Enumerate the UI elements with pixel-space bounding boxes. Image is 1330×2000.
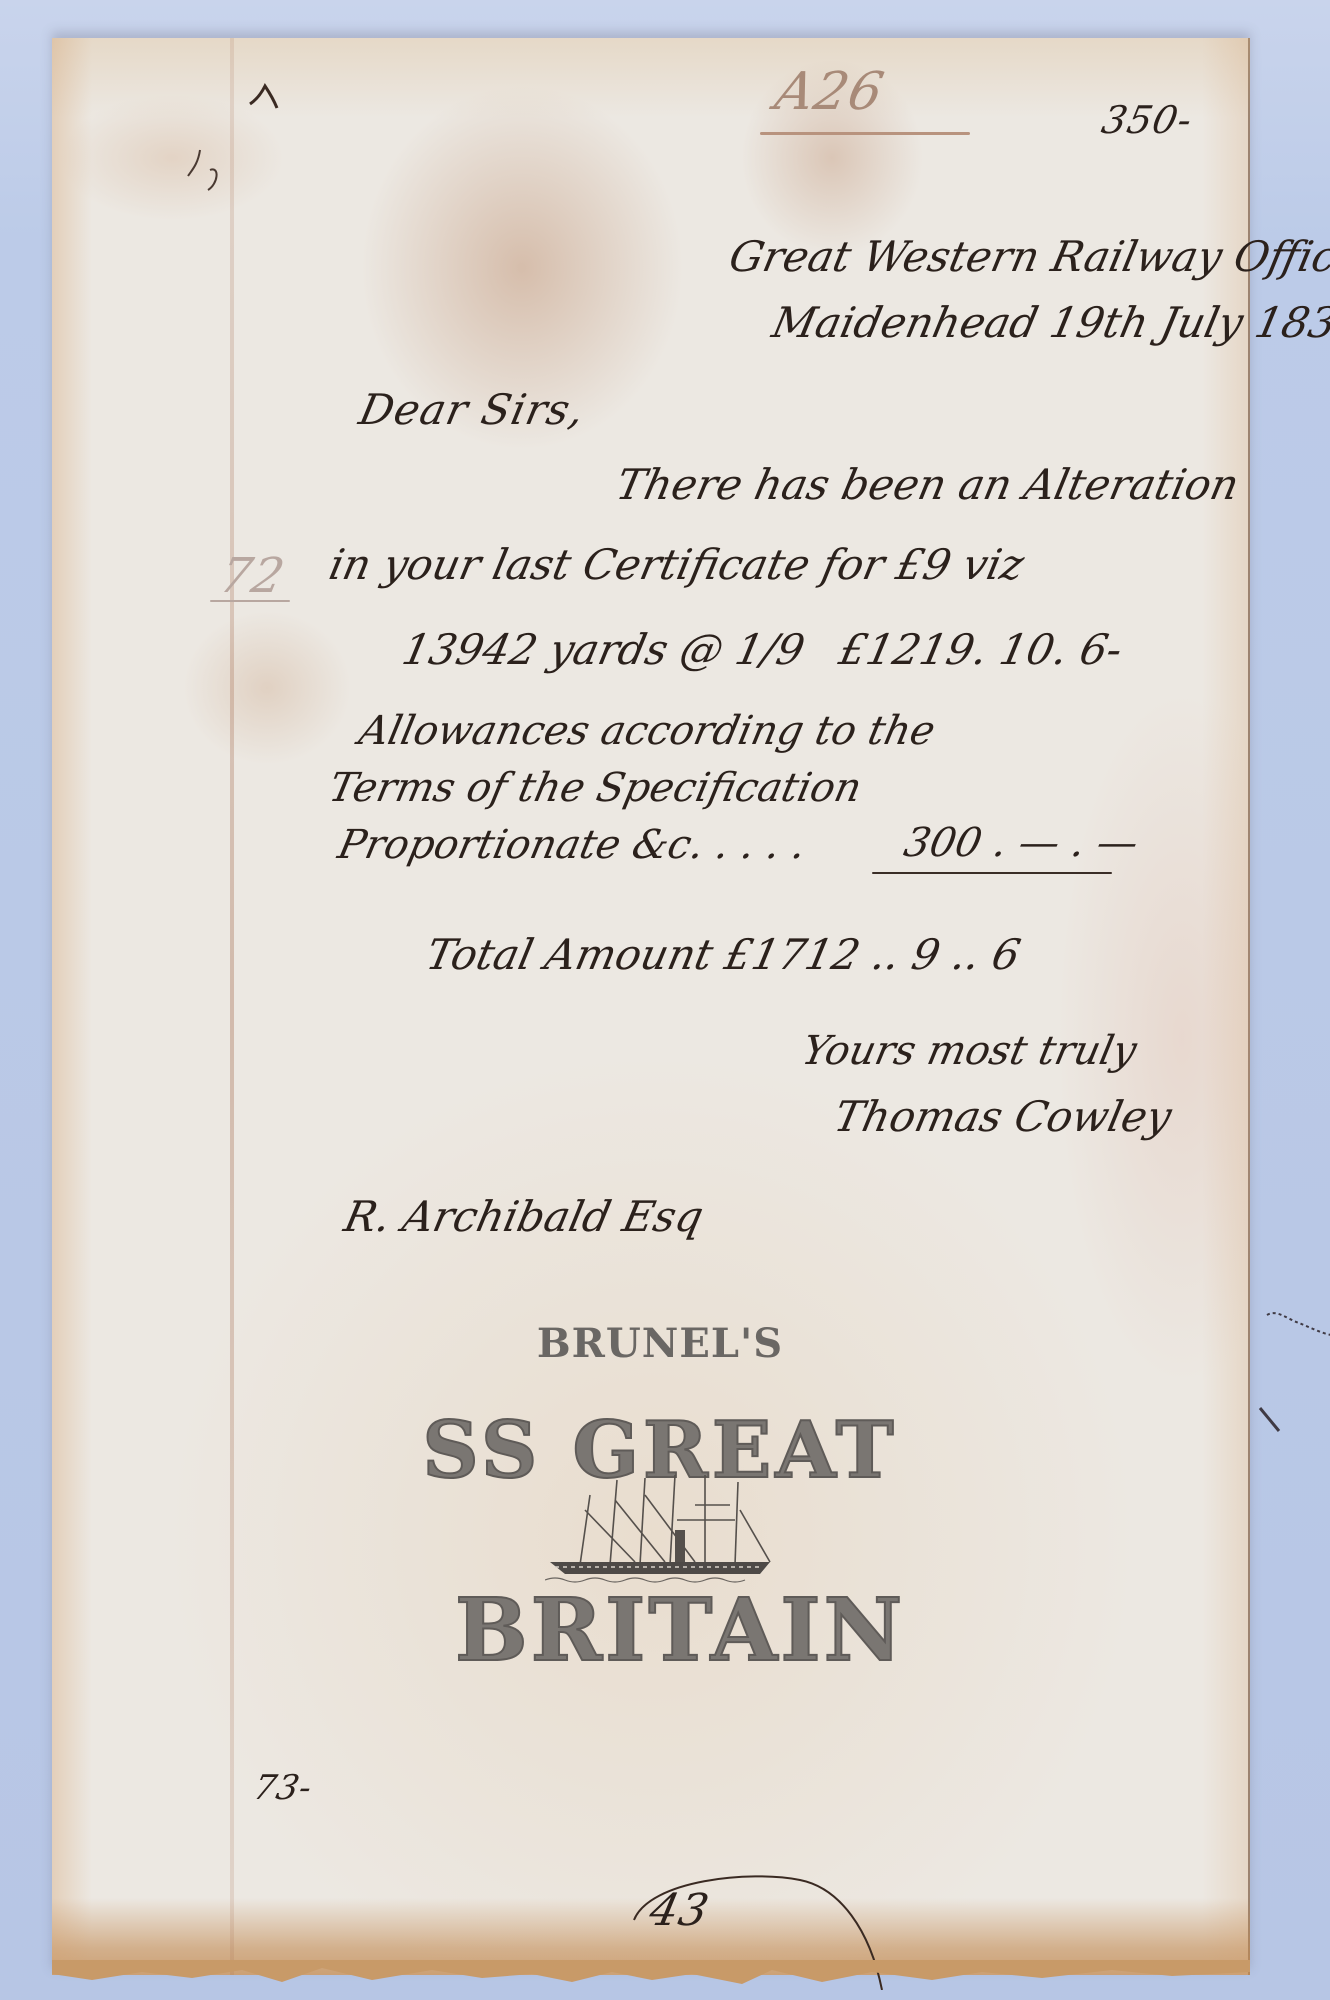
body-line-3-amount: £1219. 10. 6- — [835, 625, 1127, 674]
letter-place: Great Western Railway Office — [725, 232, 1330, 281]
body-line-2: in your last Certificate for £9 viz — [325, 540, 1028, 589]
margin-pencil-number: 72 — [215, 548, 290, 604]
sum-rule — [872, 872, 1112, 874]
body-line-1: There has been an Alteration — [612, 460, 1243, 509]
torn-bottom-edge — [52, 1960, 1250, 2000]
letter-date: Maidenhead 19th July 1837 — [768, 298, 1330, 347]
body-line-4: Allowances according to the — [355, 708, 939, 754]
body-line-6-amount: 300 . — . — — [900, 820, 1142, 866]
closing: Yours most truly — [798, 1028, 1141, 1074]
steamship-icon — [545, 1470, 785, 1585]
ink-mark — [180, 140, 240, 200]
ink-mark — [1265, 1305, 1330, 1345]
bottom-folio-number: 73- — [250, 1768, 316, 1808]
body-line-6-description: Proportionate &c. . . . . — [334, 822, 810, 868]
archive-number-pencil: A26 — [770, 62, 889, 122]
body-line-3-description: 13942 yards @ 1/9 — [398, 625, 809, 674]
body-line-5: Terms of the Specification — [325, 765, 866, 811]
pencil-underline — [760, 132, 970, 135]
total-amount: Total Amount £1712 .. 9 .. 6 — [422, 930, 1025, 979]
fold-crease — [230, 38, 234, 1975]
watermark-brunels: BRUNEL'S — [520, 1320, 800, 1367]
bottom-center-number: 43 — [645, 1885, 714, 1936]
pencil-mark — [210, 600, 290, 602]
folio-number: 350- — [1098, 98, 1197, 142]
salutation: Dear Sirs, — [355, 385, 590, 434]
ink-mark — [1255, 1405, 1285, 1435]
ink-mark — [245, 82, 285, 122]
signature: Thomas Cowley — [830, 1092, 1176, 1141]
addressee: R. Archibald Esq — [340, 1192, 708, 1241]
watermark-britain: BRITAIN — [455, 1580, 855, 1681]
